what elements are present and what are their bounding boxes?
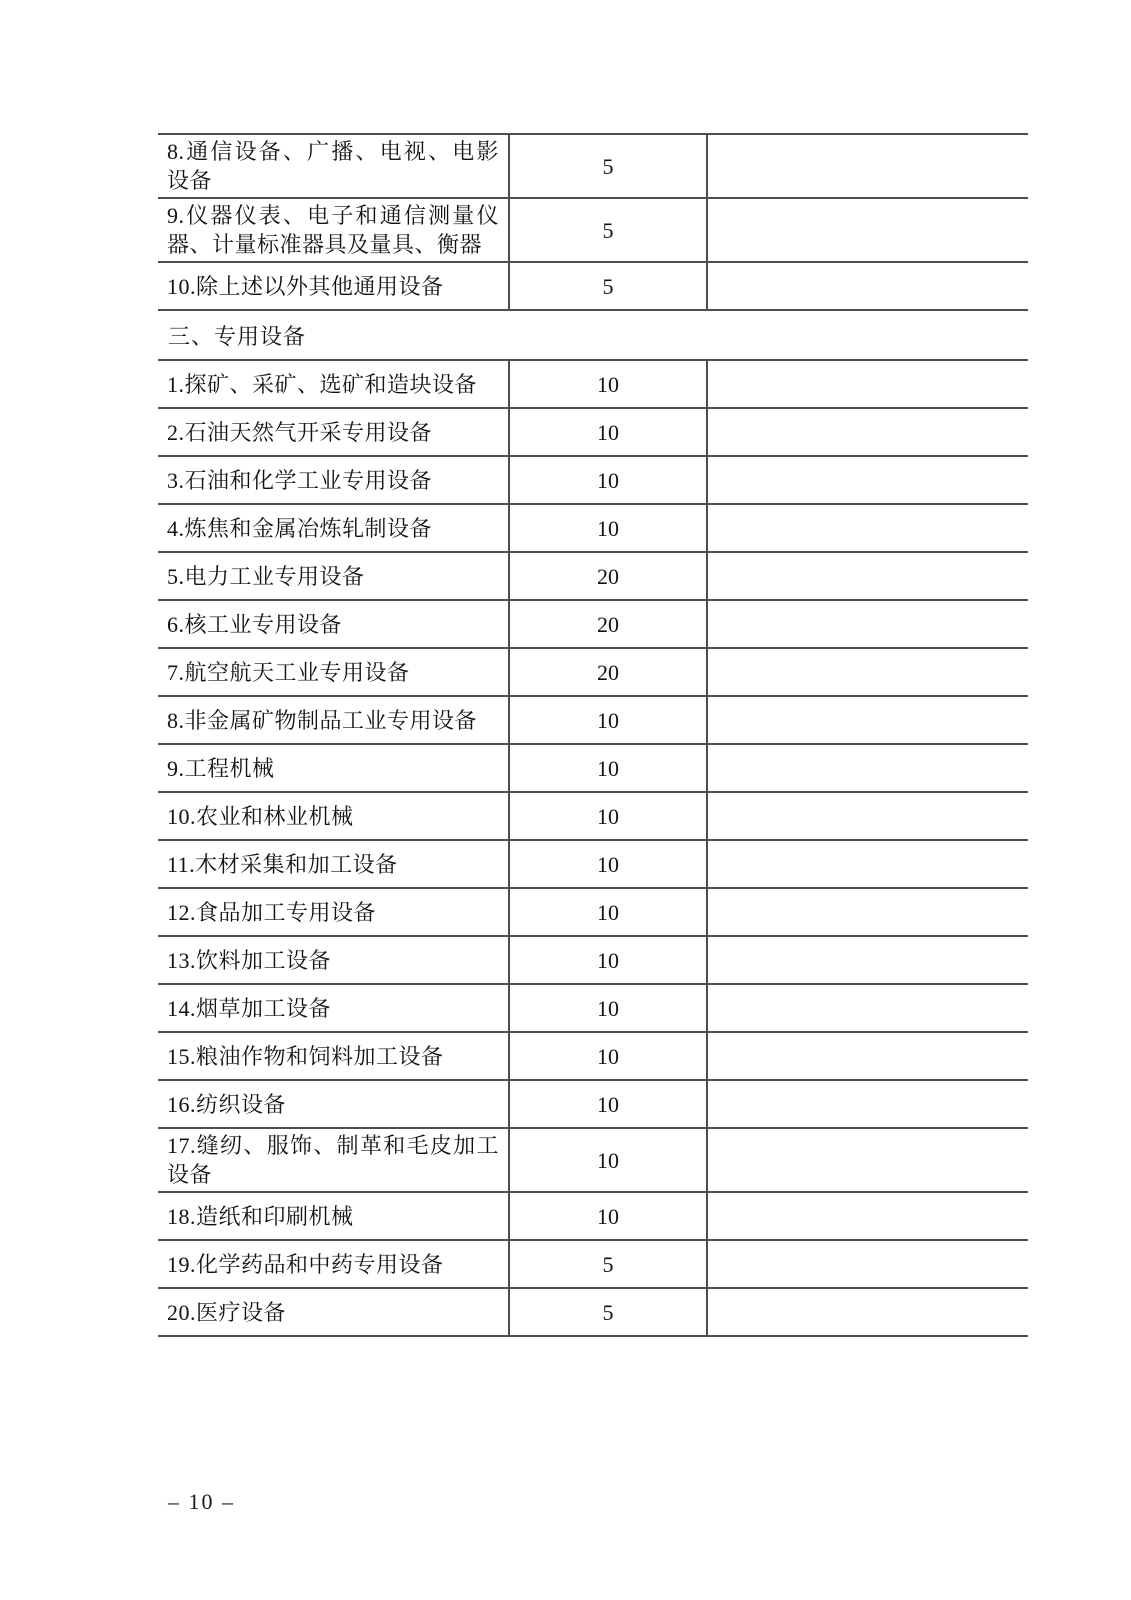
equipment-name-cell: 3.石油和化学工业专用设备 <box>158 456 509 504</box>
depreciation-years-cell: 10 <box>509 936 707 984</box>
equipment-name-cell: 8.通信设备、广播、电视、电影设备 <box>158 134 509 198</box>
table-row: 8.通信设备、广播、电视、电影设备5 <box>158 134 1028 198</box>
remark-cell <box>707 744 1028 792</box>
remark-cell <box>707 1240 1028 1288</box>
table-row: 9.仪器仪表、电子和通信测量仪器、计量标准器具及量具、衡器5 <box>158 198 1028 262</box>
equipment-name-cell: 13.饮料加工设备 <box>158 936 509 984</box>
depreciation-years-cell: 10 <box>509 1032 707 1080</box>
remark-cell <box>707 134 1028 198</box>
depreciation-years-cell: 10 <box>509 504 707 552</box>
table-row: 2.石油天然气开采专用设备10 <box>158 408 1028 456</box>
remark-cell <box>707 1032 1028 1080</box>
equipment-name-cell: 17.缝纫、服饰、制革和毛皮加工设备 <box>158 1128 509 1192</box>
table-row: 16.纺织设备10 <box>158 1080 1028 1128</box>
equipment-name-cell: 18.造纸和印刷机械 <box>158 1192 509 1240</box>
depreciation-years-cell: 5 <box>509 198 707 262</box>
remark-cell <box>707 936 1028 984</box>
table-row: 4.炼焦和金属冶炼轧制设备10 <box>158 504 1028 552</box>
depreciation-years-cell: 10 <box>509 984 707 1032</box>
table-row: 14.烟草加工设备10 <box>158 984 1028 1032</box>
table-row: 5.电力工业专用设备20 <box>158 552 1028 600</box>
depreciation-years-cell: 10 <box>509 1080 707 1128</box>
remark-cell <box>707 456 1028 504</box>
section-header-special-equipment: 三、专用设备 <box>158 311 970 359</box>
remark-cell <box>707 198 1028 262</box>
remark-cell <box>707 408 1028 456</box>
remark-cell <box>707 888 1028 936</box>
depreciation-years-cell: 20 <box>509 600 707 648</box>
remark-cell <box>707 360 1028 408</box>
table-row: 11.木材采集和加工设备10 <box>158 840 1028 888</box>
equipment-name-cell: 8.非金属矿物制品工业专用设备 <box>158 696 509 744</box>
depreciation-years-cell: 5 <box>509 1288 707 1336</box>
table-row: 1.探矿、采矿、选矿和造块设备10 <box>158 360 1028 408</box>
special-equipment-table-body: 1.探矿、采矿、选矿和造块设备102.石油天然气开采专用设备103.石油和化学工… <box>158 360 1028 1336</box>
table-row: 13.饮料加工设备10 <box>158 936 1028 984</box>
remark-cell <box>707 648 1028 696</box>
depreciation-years-cell: 10 <box>509 360 707 408</box>
equipment-name-cell: 7.航空航天工业专用设备 <box>158 648 509 696</box>
depreciation-years-cell: 10 <box>509 408 707 456</box>
general-equipment-table-body: 8.通信设备、广播、电视、电影设备59.仪器仪表、电子和通信测量仪器、计量标准器… <box>158 134 1028 310</box>
remark-cell <box>707 792 1028 840</box>
table-row: 12.食品加工专用设备10 <box>158 888 1028 936</box>
equipment-name-cell: 10.农业和林业机械 <box>158 792 509 840</box>
equipment-name-cell: 6.核工业专用设备 <box>158 600 509 648</box>
remark-cell <box>707 552 1028 600</box>
table-row: 8.非金属矿物制品工业专用设备10 <box>158 696 1028 744</box>
equipment-name-cell: 15.粮油作物和饲料加工设备 <box>158 1032 509 1080</box>
depreciation-years-cell: 10 <box>509 1192 707 1240</box>
equipment-name-cell: 19.化学药品和中药专用设备 <box>158 1240 509 1288</box>
equipment-name-cell: 1.探矿、采矿、选矿和造块设备 <box>158 360 509 408</box>
page-number: – 10 – <box>168 1489 235 1515</box>
special-equipment-table: 1.探矿、采矿、选矿和造块设备102.石油天然气开采专用设备103.石油和化学工… <box>158 359 1028 1337</box>
depreciation-years-cell: 5 <box>509 134 707 198</box>
depreciation-years-cell: 20 <box>509 648 707 696</box>
depreciation-years-cell: 10 <box>509 840 707 888</box>
general-equipment-table: 8.通信设备、广播、电视、电影设备59.仪器仪表、电子和通信测量仪器、计量标准器… <box>158 133 1028 311</box>
table-row: 3.石油和化学工业专用设备10 <box>158 456 1028 504</box>
depreciation-table-area: 8.通信设备、广播、电视、电影设备59.仪器仪表、电子和通信测量仪器、计量标准器… <box>158 133 970 1337</box>
equipment-name-cell: 20.医疗设备 <box>158 1288 509 1336</box>
depreciation-years-cell: 5 <box>509 1240 707 1288</box>
table-row: 6.核工业专用设备20 <box>158 600 1028 648</box>
remark-cell <box>707 984 1028 1032</box>
table-row: 10.农业和林业机械10 <box>158 792 1028 840</box>
equipment-name-cell: 9.仪器仪表、电子和通信测量仪器、计量标准器具及量具、衡器 <box>158 198 509 262</box>
depreciation-years-cell: 10 <box>509 456 707 504</box>
table-row: 9.工程机械10 <box>158 744 1028 792</box>
equipment-name-cell: 10.除上述以外其他通用设备 <box>158 262 509 310</box>
remark-cell <box>707 840 1028 888</box>
equipment-name-cell: 4.炼焦和金属冶炼轧制设备 <box>158 504 509 552</box>
table-row: 20.医疗设备5 <box>158 1288 1028 1336</box>
remark-cell <box>707 1080 1028 1128</box>
table-row: 7.航空航天工业专用设备20 <box>158 648 1028 696</box>
remark-cell <box>707 600 1028 648</box>
remark-cell <box>707 262 1028 310</box>
equipment-name-cell: 11.木材采集和加工设备 <box>158 840 509 888</box>
depreciation-years-cell: 10 <box>509 792 707 840</box>
table-row: 18.造纸和印刷机械10 <box>158 1192 1028 1240</box>
remark-cell <box>707 1128 1028 1192</box>
depreciation-years-cell: 10 <box>509 744 707 792</box>
depreciation-years-cell: 10 <box>509 888 707 936</box>
table-row: 19.化学药品和中药专用设备5 <box>158 1240 1028 1288</box>
remark-cell <box>707 696 1028 744</box>
remark-cell <box>707 1192 1028 1240</box>
equipment-name-cell: 5.电力工业专用设备 <box>158 552 509 600</box>
remark-cell <box>707 1288 1028 1336</box>
table-row: 17.缝纫、服饰、制革和毛皮加工设备10 <box>158 1128 1028 1192</box>
depreciation-years-cell: 10 <box>509 696 707 744</box>
equipment-name-cell: 16.纺织设备 <box>158 1080 509 1128</box>
equipment-name-cell: 2.石油天然气开采专用设备 <box>158 408 509 456</box>
document-page: 8.通信设备、广播、电视、电影设备59.仪器仪表、电子和通信测量仪器、计量标准器… <box>0 0 1131 1600</box>
equipment-name-cell: 9.工程机械 <box>158 744 509 792</box>
equipment-name-cell: 12.食品加工专用设备 <box>158 888 509 936</box>
remark-cell <box>707 504 1028 552</box>
depreciation-years-cell: 5 <box>509 262 707 310</box>
depreciation-years-cell: 20 <box>509 552 707 600</box>
equipment-name-cell: 14.烟草加工设备 <box>158 984 509 1032</box>
depreciation-years-cell: 10 <box>509 1128 707 1192</box>
table-row: 10.除上述以外其他通用设备5 <box>158 262 1028 310</box>
table-row: 15.粮油作物和饲料加工设备10 <box>158 1032 1028 1080</box>
